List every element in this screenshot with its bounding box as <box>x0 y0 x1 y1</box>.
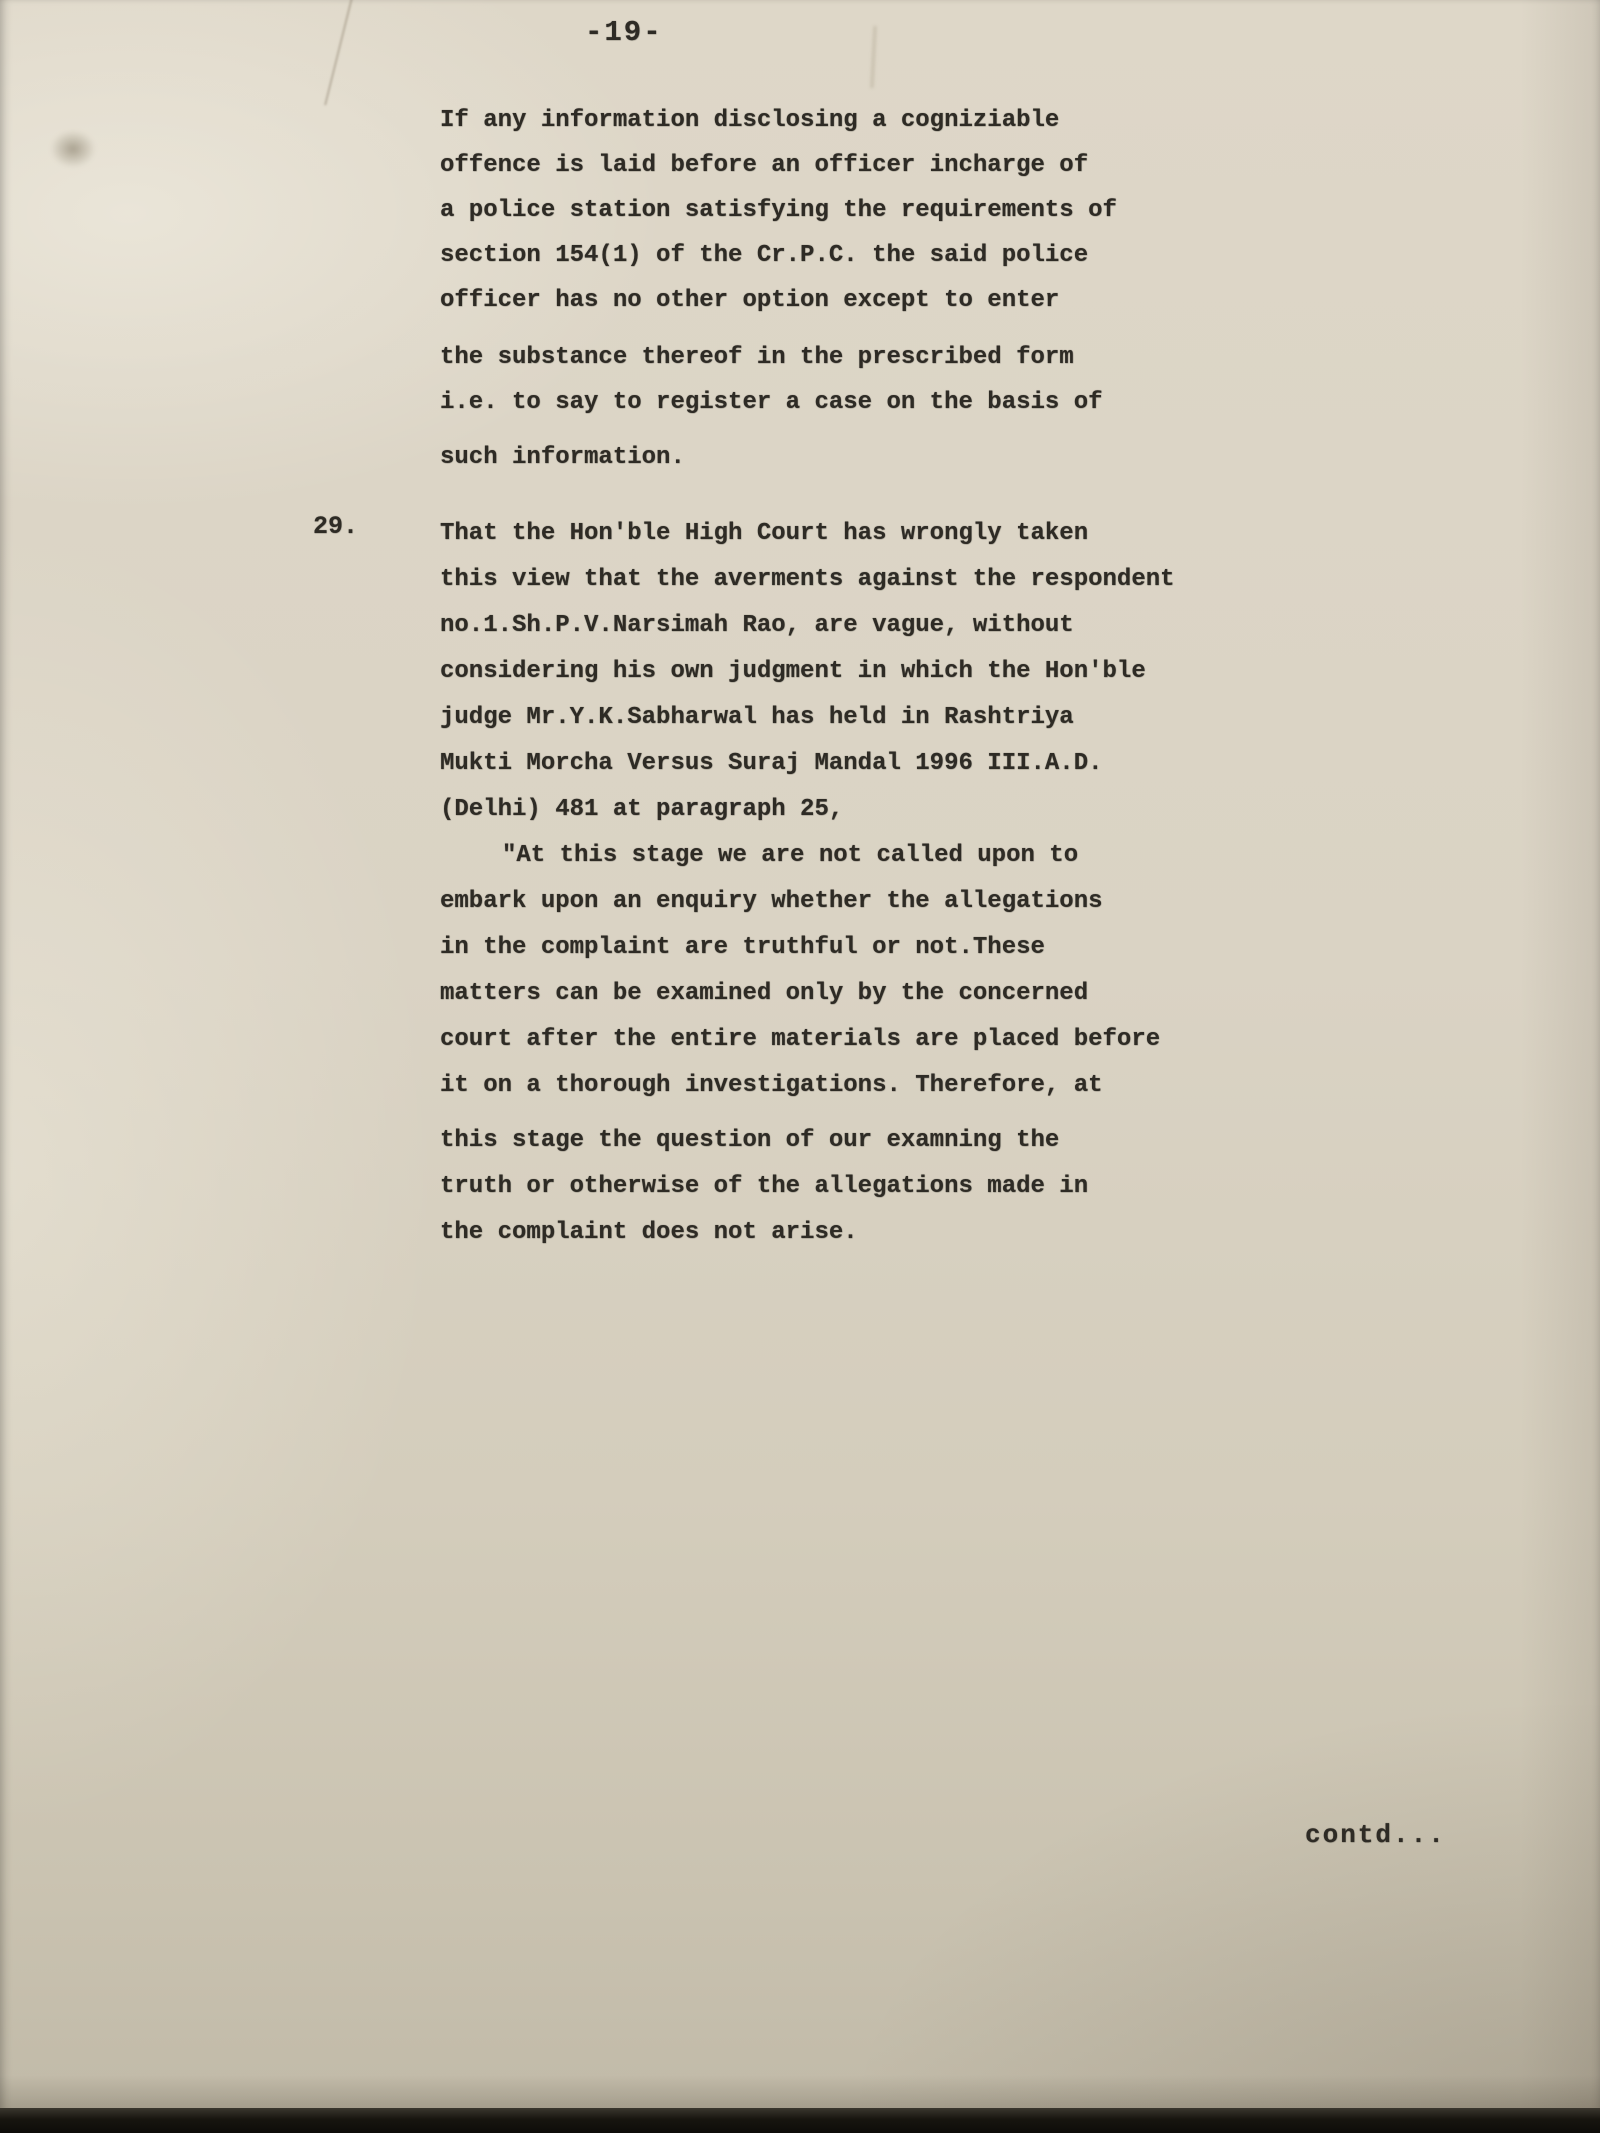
continuation-marker: contd... <box>1305 1820 1446 1850</box>
document-line: it on a thorough investigations. Therefo… <box>440 1063 1210 1109</box>
document-line: the substance thereof in the prescribed … <box>440 335 1200 380</box>
document-line: section 154(1) of the Cr.P.C. the said p… <box>440 233 1200 278</box>
scan-fold-shadow <box>0 2075 1600 2109</box>
document-line: such information. <box>440 435 1200 480</box>
judgment-quote: "At this stage we are not called upon to… <box>440 833 1210 1256</box>
paragraph-29: That the Hon'ble High Court has wrongly … <box>440 511 1210 1256</box>
document-line: matters can be examined only by the conc… <box>440 971 1210 1017</box>
page-number: -19- <box>585 16 663 49</box>
document-line: this view that the averments against the… <box>440 557 1210 603</box>
document-line: embark upon an enquiry whether the alleg… <box>440 879 1210 925</box>
document-line: in the complaint are truthful or not.The… <box>440 925 1210 971</box>
scan-bottom-edge <box>0 2108 1600 2133</box>
scanned-document-page: -19- If any information disclosing a cog… <box>0 0 1600 2133</box>
scan-smudge <box>50 130 96 168</box>
document-line: That the Hon'ble High Court has wrongly … <box>440 511 1210 557</box>
document-line: truth or otherwise of the allegations ma… <box>440 1164 1210 1210</box>
document-line: If any information disclosing a cognizia… <box>440 98 1200 143</box>
document-line: (Delhi) 481 at paragraph 25, <box>440 787 1210 833</box>
document-line: i.e. to say to register a case on the ba… <box>440 380 1200 425</box>
scan-mark <box>870 26 876 88</box>
document-line: considering his own judgment in which th… <box>440 649 1210 695</box>
document-line: Mukti Morcha Versus Suraj Mandal 1996 II… <box>440 741 1210 787</box>
opening-quote-paragraph: If any information disclosing a cognizia… <box>440 98 1200 480</box>
document-line: no.1.Sh.P.V.Narsimah Rao, are vague, wit… <box>440 603 1210 649</box>
paragraph-number: 29. <box>313 512 358 541</box>
document-line: judge Mr.Y.K.Sabharwal has held in Rasht… <box>440 695 1210 741</box>
document-line: the complaint does not arise. <box>440 1210 1210 1256</box>
document-line: this stage the question of our examning … <box>440 1118 1210 1164</box>
document-line: court after the entire materials are pla… <box>440 1017 1210 1063</box>
scan-crease <box>324 0 354 106</box>
document-line: officer has no other option except to en… <box>440 278 1200 323</box>
document-line: a police station satisfying the requirem… <box>440 188 1200 233</box>
document-line: offence is laid before an officer inchar… <box>440 143 1200 188</box>
document-line: "At this stage we are not called upon to <box>440 833 1210 879</box>
